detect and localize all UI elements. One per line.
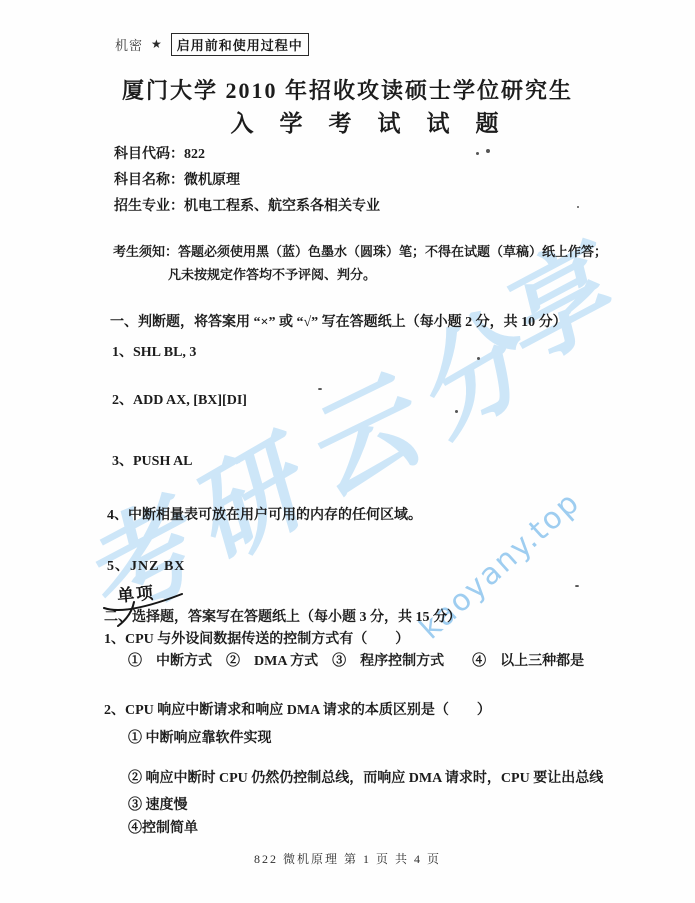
- section1-question-2: 2、ADD AX, [BX][DI]: [112, 389, 247, 409]
- page-footer: 822 微机原理 第 1 页 共 4 页: [0, 850, 695, 867]
- scan-speck: [476, 152, 479, 155]
- subject-name: 科目名称：微机原理: [114, 169, 240, 189]
- candidate-notice-line1: 考生须知：答题必须使用黑（蓝）色墨水（圆珠）笔；不得在试题（草稿）纸上作答；: [113, 241, 607, 260]
- candidate-notice-line2: 凡未按规定作答均不予评阅、判分。: [168, 264, 376, 283]
- scan-speck: [455, 410, 458, 413]
- section1-question-3: 3、PUSH AL: [112, 450, 193, 470]
- star-icon: ★: [151, 37, 163, 52]
- secrecy-label: 机密: [115, 35, 143, 54]
- exam-title-line2: 入学考试试题: [30, 105, 695, 138]
- handwriting-strokes: [96, 572, 206, 627]
- section1-question-1: 1、SHL BL, 3: [112, 341, 196, 361]
- scan-speck: [575, 585, 579, 587]
- secrecy-header: 机密 ★ 启用前和使用过程中: [115, 33, 309, 56]
- exam-title-line1: 厦门大学 2010 年招收攻读硕士学位研究生: [0, 74, 695, 105]
- section2-question-2: 2、CPU 响应中断请求和响应 DMA 请求的本质区别是（ ）: [104, 699, 491, 719]
- watermark-url: kaoyany.top: [377, 452, 623, 679]
- section2-question-1-options: ① 中断方式 ② DMA 方式 ③ 程序控制方式 ④ 以上三种都是: [128, 650, 584, 670]
- section1-question-4: 4、中断相量表可放在用户可用的内存的任何区域。: [107, 504, 422, 524]
- watermark-char-yun: 云: [288, 370, 432, 514]
- section1-heading: 一、判断题，将答案用 “×” 或 “√” 写在答题纸上（每小题 2 分，共 10…: [110, 311, 567, 331]
- usage-notice-box: 启用前和使用过程中: [171, 33, 309, 56]
- scan-speck: [293, 633, 296, 635]
- scan-speck: [318, 388, 322, 390]
- scan-speck: [577, 206, 579, 208]
- subject-code: 科目代码：822: [114, 143, 205, 163]
- section2-question-2-option-1: ① 中断响应靠软件实现: [128, 727, 272, 747]
- scan-speck: [486, 149, 490, 153]
- exam-paper-page: 考 研 云 分 享 kaoyany.top 机密 ★ 启用前和使用过程中 厦门大…: [0, 0, 695, 903]
- section2-question-2-option-3: ③ 速度慢: [128, 794, 188, 814]
- section2-question-2-option-2: ② 响应中断时 CPU 仍然仍控制总线，而响应 DMA 请求时，CPU 要让出总…: [128, 767, 603, 787]
- section2-question-2-option-4: ④控制简单: [128, 817, 198, 837]
- section2-question-1: 1、CPU 与外设间数据传送的控制方式有（ ）: [104, 628, 409, 648]
- enrollment-major: 招生专业：机电工程系、航空系各相关专业: [114, 195, 380, 215]
- scan-speck: [477, 357, 480, 360]
